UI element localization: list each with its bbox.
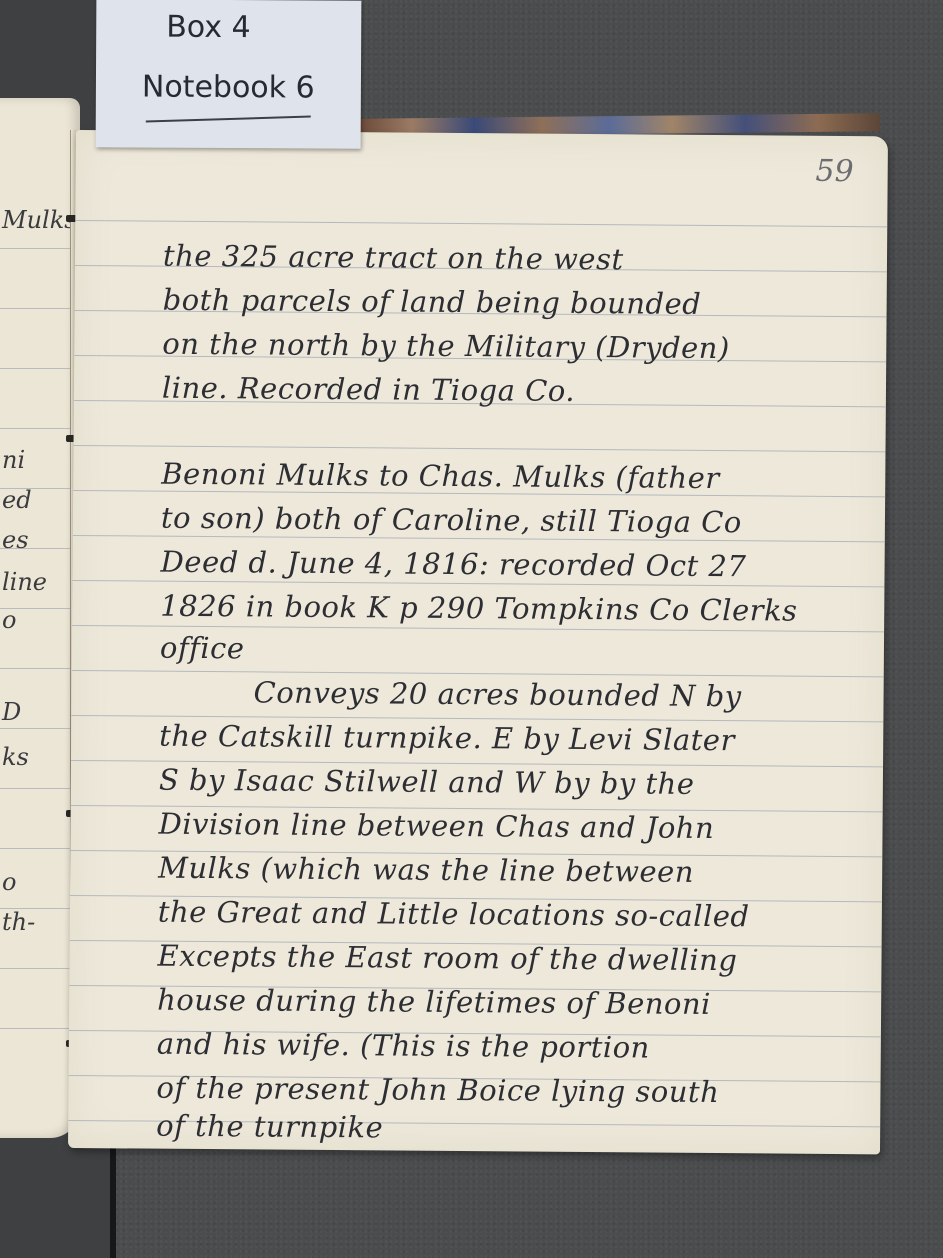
handwritten-line: of the turnpike [156,1109,383,1145]
ruled-line [0,368,80,369]
notebook-page: 59 the 325 acre tract on the west both p… [68,130,888,1154]
handwritten-line: Benoni Mulks to Chas. Mulks (father [161,457,720,495]
left-page-text-fragment: line [2,568,47,596]
ruled-line [0,428,80,429]
label-notebook-number: Notebook 6 [142,70,315,106]
ruled-line [75,220,887,227]
handwritten-line: 1826 in book K p 290 Tompkins Co Clerks [160,589,798,628]
handwritten-line: Excepts the East room of the dwelling [157,939,737,978]
handwritten-line: the Catskill turnpike. E by Levi Slater [159,719,735,758]
handwritten-line: S by Isaac Stilwell and W by by the [159,763,695,801]
handwritten-line: of the present John Boice lying south [156,1071,719,1109]
handwritten-line: the 325 acre tract on the west [163,239,624,277]
page-number: 59 [815,154,853,189]
label-underline [146,116,311,123]
left-page-text-fragment: es [2,526,29,554]
left-page-text-fragment: ks [2,743,29,771]
handwritten-line: Conveys 20 acres bounded N by [253,675,741,713]
label-box-number: Box 4 [166,10,251,45]
ruled-line [0,308,80,309]
handwritten-line: Deed d. June 4, 1816: recorded Oct 27 [160,545,746,584]
ruled-line [0,728,80,729]
left-page-text-fragment: D [2,698,21,726]
ruled-line [0,668,80,669]
archive-label: Box 4 Notebook 6 [96,0,362,149]
handwritten-line: house during the lifetimes of Benoni [157,983,711,1021]
handwritten-line: Mulks (which was the line between [158,851,694,889]
ruled-line [0,788,80,789]
left-page-text-fragment: th- [2,908,35,936]
ruled-line [74,445,886,452]
handwritten-line: on the north by the Military (Dryden) [162,327,730,365]
left-page-text-fragment: ed [2,486,32,514]
left-page-text-fragment: o [2,868,16,896]
facing-page-left: Mulks ni ed es line o D ks o th- [0,98,80,1138]
ruled-line [0,248,80,249]
handwritten-line: line. Recorded in Tioga Co. [162,371,575,408]
handwritten-line: office [160,631,245,666]
handwritten-line: Division line between Chas and John [158,807,714,845]
ruled-line [0,968,80,969]
handwritten-line: the Great and Little locations so-called [158,895,750,934]
left-page-text-fragment: o [2,606,16,634]
ruled-line [0,848,80,849]
handwritten-line: both parcels of land being bounded [163,283,702,321]
handwritten-line: and his wife. (This is the portion [157,1027,650,1065]
handwritten-line: to son) both of Caroline, still Tioga Co [161,501,742,540]
left-page-text-fragment: ni [2,446,25,474]
